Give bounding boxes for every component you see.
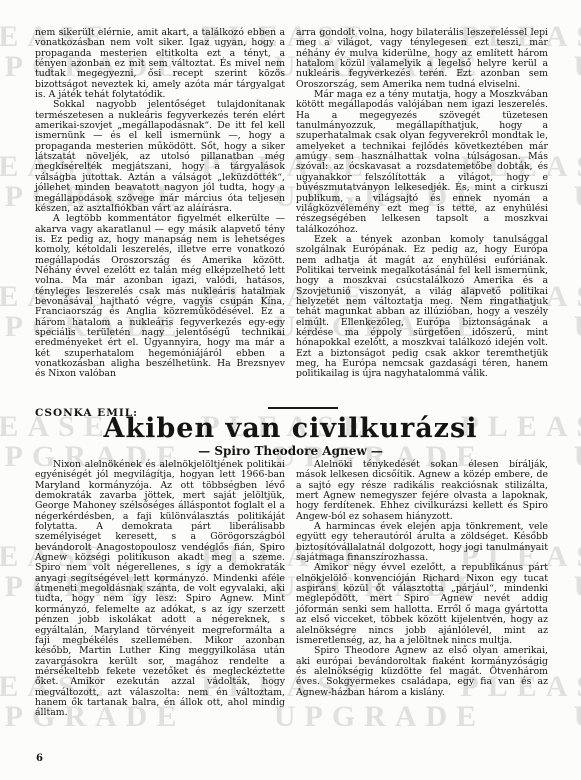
- article-paragraph: Sokkal nagyobb jelentőséget tulajdonítan…: [35, 100, 285, 214]
- article-paragraph: Spiro Theodore Agnew az első olyan ameri…: [296, 646, 548, 698]
- article-paragraph: A harmincas évek elején apja tönkrement,…: [296, 522, 548, 563]
- article1-right-column: arra gondolt volna, hogy bilaterális les…: [296, 28, 548, 380]
- article-subtitle: — Spiro Theodore Agnew —: [0, 444, 581, 458]
- article2-right-column: Alelnöki ténykedését sokan élesen bírálj…: [296, 460, 548, 698]
- article-paragraph: Nixon alelnökének és alelnökjelöltjének …: [35, 460, 285, 719]
- article2-left-column: Nixon alelnökének és alelnökjelöltjének …: [35, 460, 285, 719]
- article-paragraph: Alelnöki ténykedését sokan élesen bírálj…: [296, 460, 548, 522]
- article-paragraph: nem sikerült elérnie, amit akart, a talá…: [35, 28, 285, 100]
- page-number: 6: [36, 753, 43, 764]
- article-paragraph: Amikor négy évvel ezelőtt, a republikánu…: [296, 563, 548, 646]
- article-title: Akiben van civilkurázsi: [0, 413, 581, 444]
- article-paragraph: Ezek a tények azonban komoly tanulsággal…: [296, 235, 548, 380]
- article-paragraph: A legtöbb kommentátor figyelmét elkerült…: [35, 214, 285, 380]
- scanned-page: nem sikerült elérnie, amit akart, a talá…: [0, 0, 581, 780]
- article-paragraph: Már maga ez a tény mutatja, hogy a Moszk…: [296, 90, 548, 235]
- article1-left-column: nem sikerült elérnie, amit akart, a talá…: [35, 28, 285, 380]
- section-divider: [268, 407, 338, 409]
- article-paragraph: arra gondolt volna, hogy bilaterális les…: [296, 28, 548, 90]
